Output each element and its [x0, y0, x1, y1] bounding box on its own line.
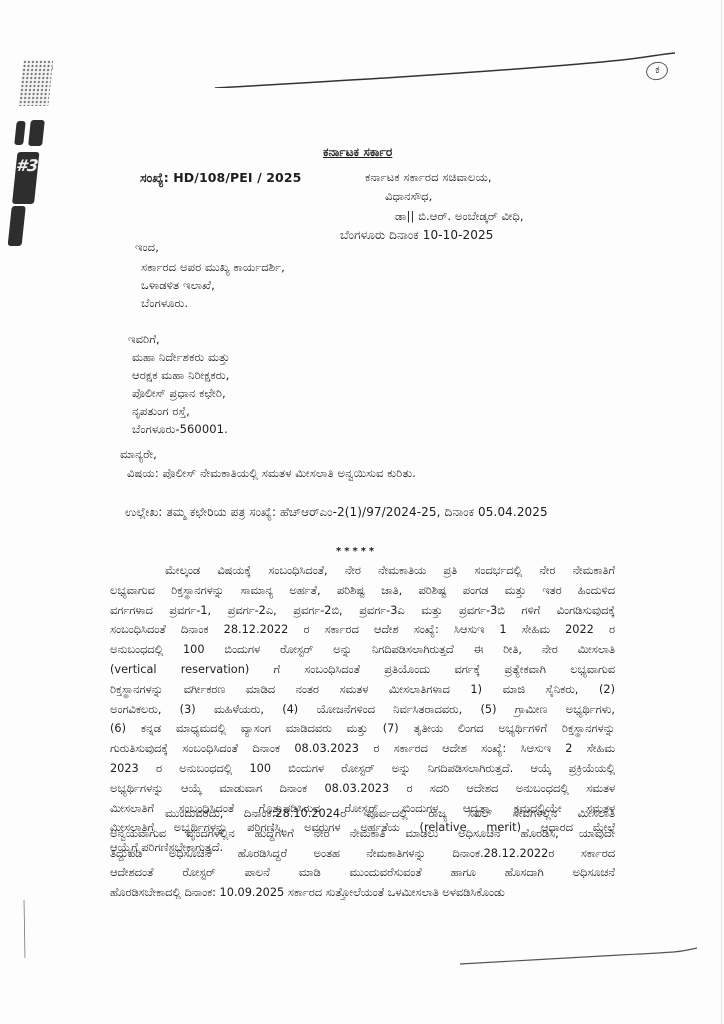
scanned-letter-page: #3 ಕ ಕರ್ನಾಟಕ ಸರ್ಕಾರ ಸಂಖ್ಯೆ: HD/108/PEI /…: [0, 0, 724, 1024]
scan-edge-lines-bottom: [0, 0, 724, 1024]
